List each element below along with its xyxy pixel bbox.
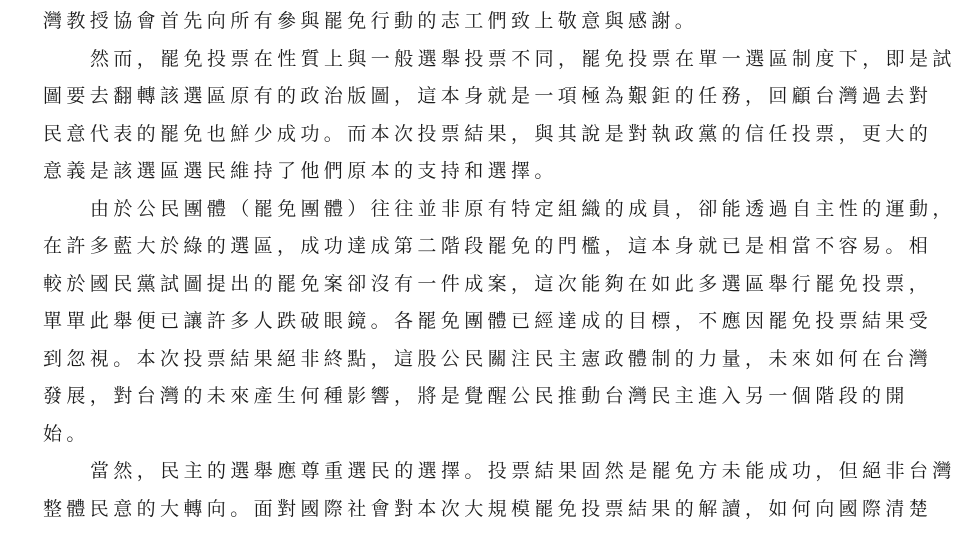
text-line: 意義是該選區選民維持了他們原本的支持和選擇。 (43, 153, 927, 191)
text-line: 當然，民主的選舉應尊重選民的選擇。投票結果固然是罷免方未能成功，但絕非台灣 (43, 453, 927, 491)
text-line: 灣教授協會首先向所有參與罷免行動的志工們致上敬意與感謝。 (43, 3, 927, 41)
text-line: 單單此舉便已讓許多人跌破眼鏡。各罷免團體已經達成的目標，不應因罷免投票結果受 (43, 303, 927, 341)
text-line: 由於公民團體（罷免團體）往往並非原有特定組織的成員，卻能透過自主性的運動， (43, 191, 927, 229)
article-body: 灣教授協會首先向所有參與罷免行動的志工們致上敬意與感謝。 然而，罷免投票在性質上… (43, 3, 927, 528)
paragraph-recall-nature: 然而，罷免投票在性質上與一般選舉投票不同，罷免投票在單一選區制度下，即是試 圖要… (43, 41, 927, 191)
text-line: 始。 (43, 416, 927, 454)
text-line: 民意代表的罷免也鮮少成功。而本次投票結果，與其說是對執政黨的信任投票，更大的 (43, 116, 927, 154)
text-line: 在許多藍大於綠的選區，成功達成第二階段罷免的門檻，這本身就已是相當不容易。相 (43, 228, 927, 266)
text-line: 發展，對台灣的未來產生何種影響，將是覺醒公民推動台灣民主進入另一個階段的開 (43, 378, 927, 416)
paragraph-closing-thanks: 灣教授協會首先向所有參與罷免行動的志工們致上敬意與感謝。 (43, 3, 927, 41)
text-line: 到忽視。本次投票結果絕非終點，這股公民關注民主憲政體制的力量，未來如何在台灣 (43, 341, 927, 379)
text-line: 較於國民黨試圖提出的罷免案卻沒有一件成案，這次能夠在如此多選區舉行罷免投票， (43, 266, 927, 304)
paragraph-civic-groups: 由於公民團體（罷免團體）往往並非原有特定組織的成員，卻能透過自主性的運動， 在許… (43, 191, 927, 454)
text-line: 然而，罷免投票在性質上與一般選舉投票不同，罷免投票在單一選區制度下，即是試 (43, 41, 927, 79)
paragraph-respect-voters: 當然，民主的選舉應尊重選民的選擇。投票結果固然是罷免方未能成功，但絕非台灣 整體… (43, 453, 927, 528)
text-line: 整體民意的大轉向。面對國際社會對本次大規模罷免投票結果的解讀，如何向國際清楚 (43, 491, 927, 529)
text-line: 圖要去翻轉該選區原有的政治版圖，這本身就是一項極為艱鉅的任務，回顧台灣過去對 (43, 78, 927, 116)
